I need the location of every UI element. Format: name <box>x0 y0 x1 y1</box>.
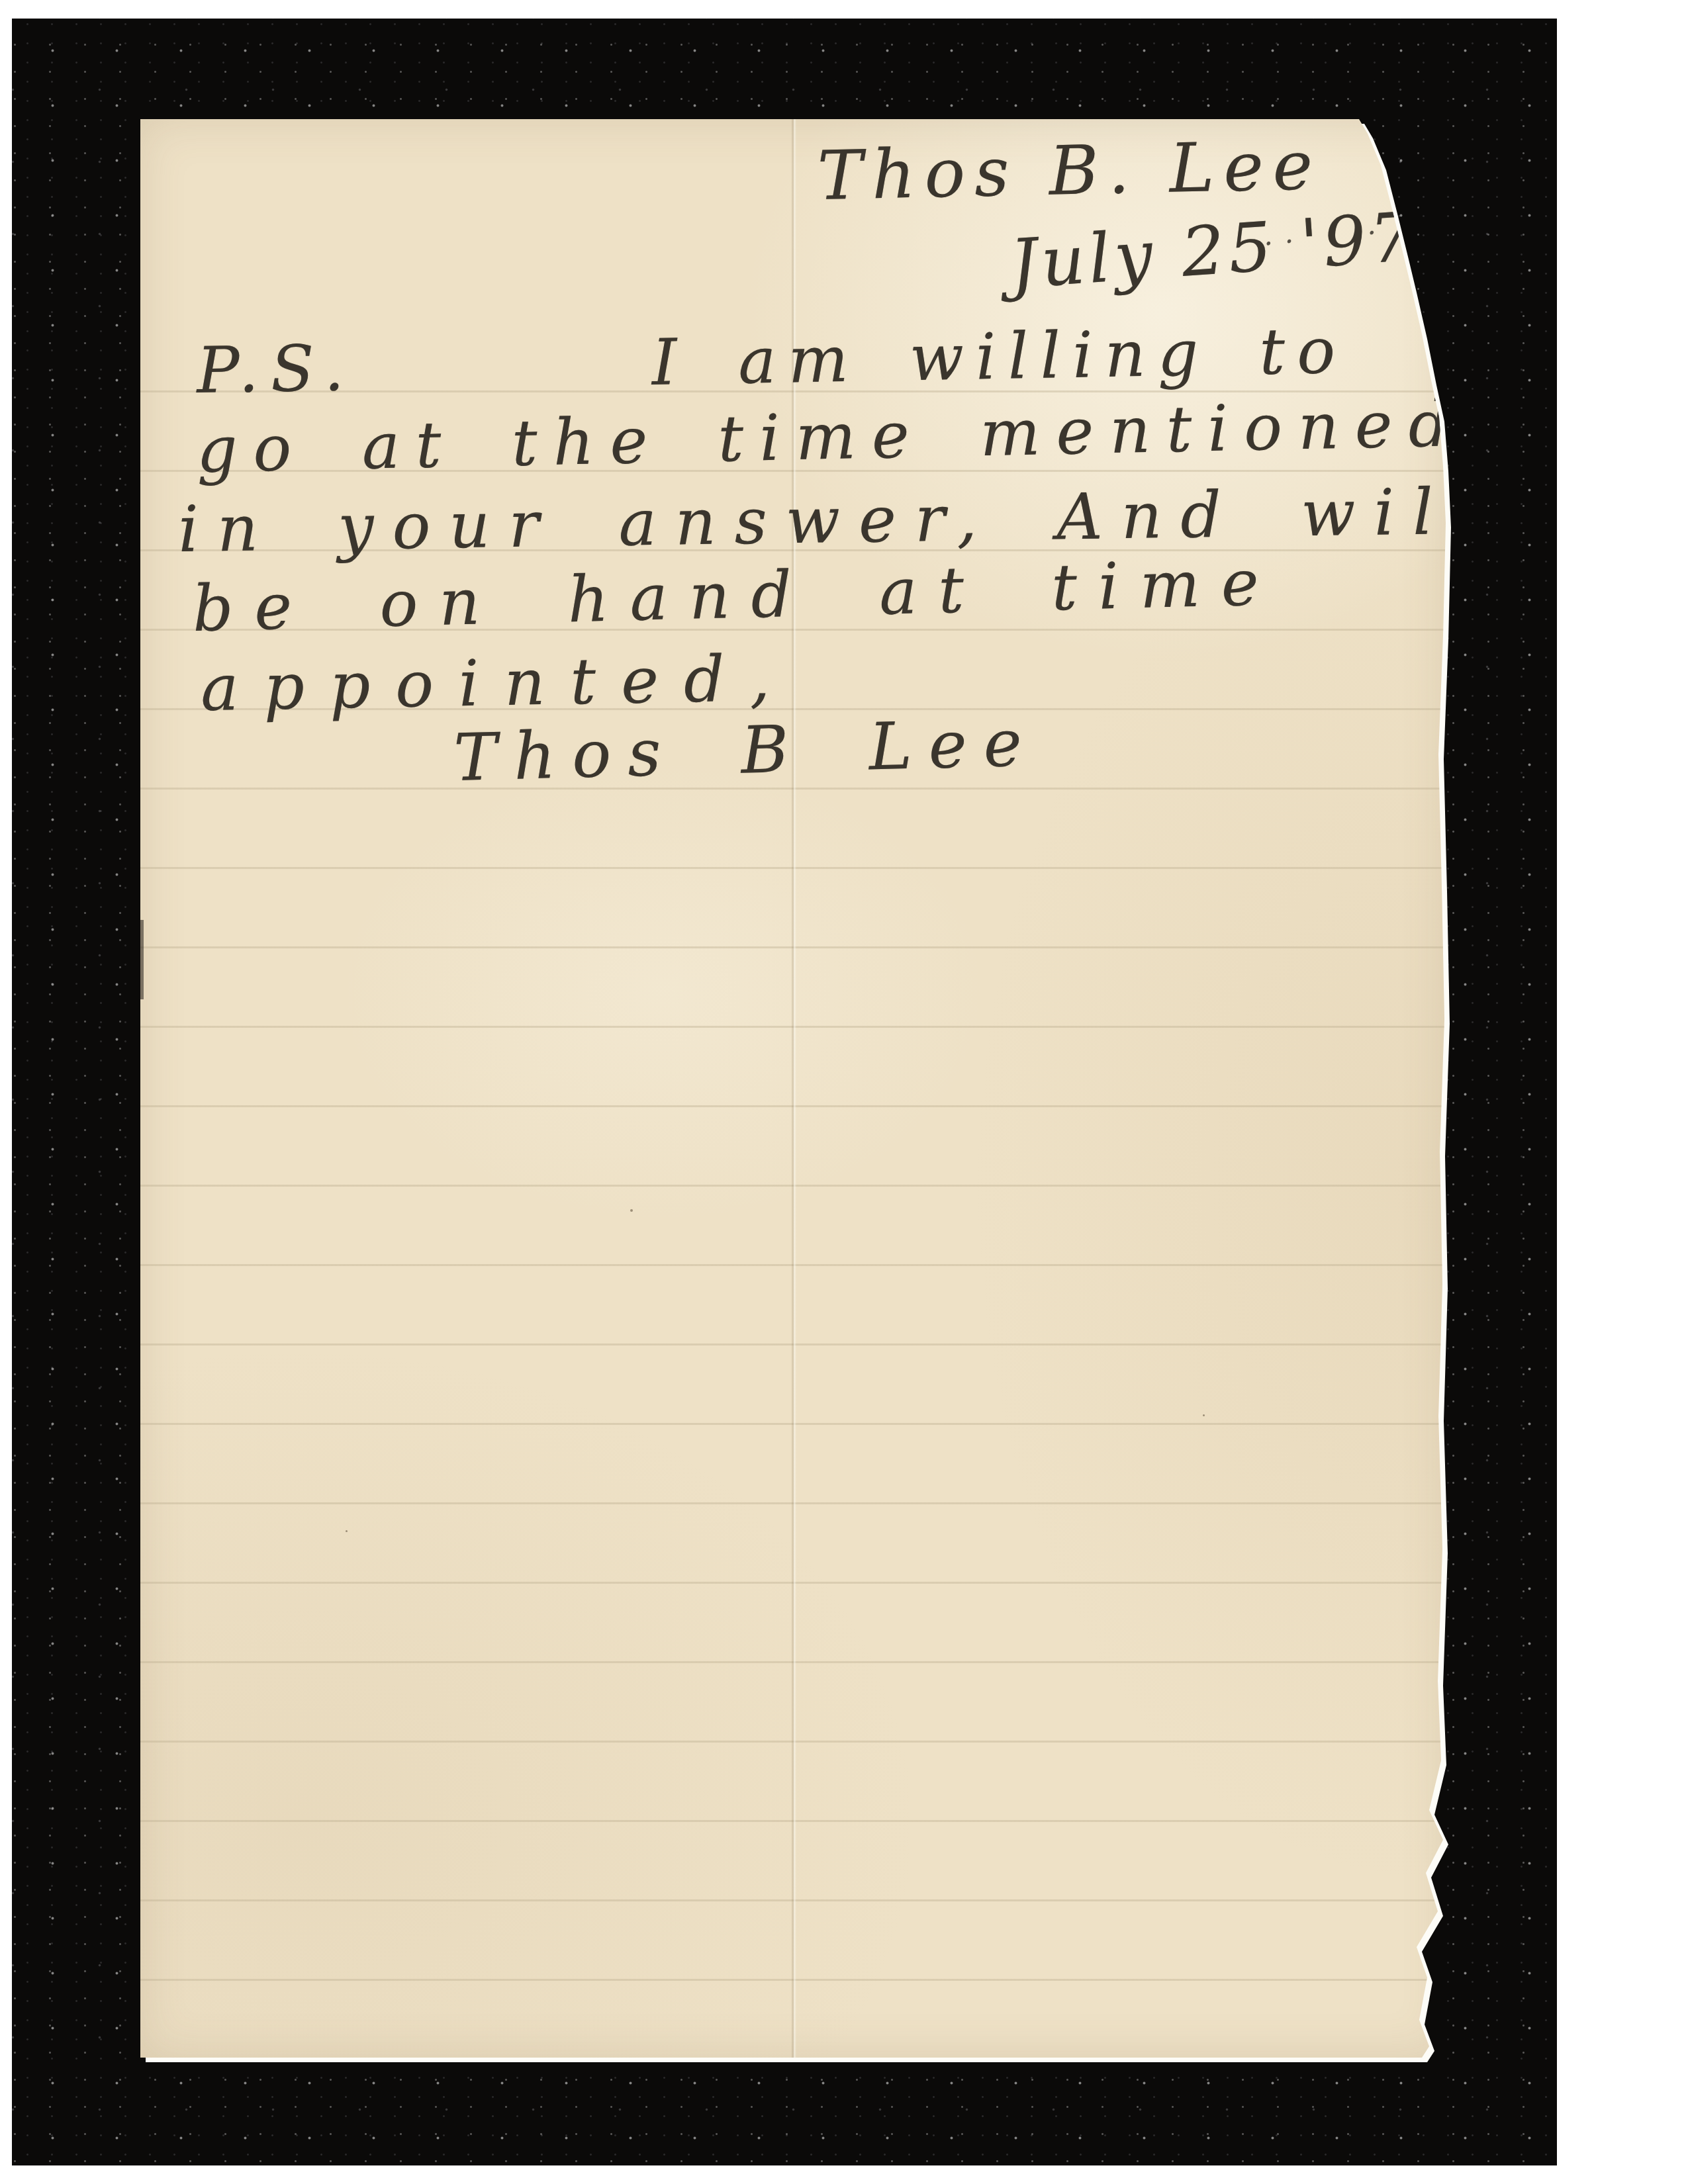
signature: Thos B Lee <box>453 711 1039 791</box>
body-line-postscript: P.S. I am willing to <box>196 319 1347 402</box>
letter-paper: Thos B. Lee ·· · · July 25 '97 P.S. I am… <box>140 119 1448 2058</box>
left-edge-tear-mark <box>140 920 144 999</box>
body-line: go at the time mentioned, <box>196 391 1501 482</box>
dust-speck <box>1203 1414 1205 1416</box>
header-date: July 25 '97 <box>1008 203 1419 299</box>
scanned-letter-page: Thos B. Lee ·· · · July 25 '97 P.S. I am… <box>0 0 1688 2184</box>
dust-speck <box>630 1209 633 1212</box>
header-name: Thos B. Lee <box>817 132 1323 210</box>
body-line: be on hand at time <box>192 551 1281 641</box>
body-line: in your answer, And will <box>178 479 1491 561</box>
dust-speck <box>346 1530 348 1532</box>
body-line: appointed, <box>200 646 795 720</box>
